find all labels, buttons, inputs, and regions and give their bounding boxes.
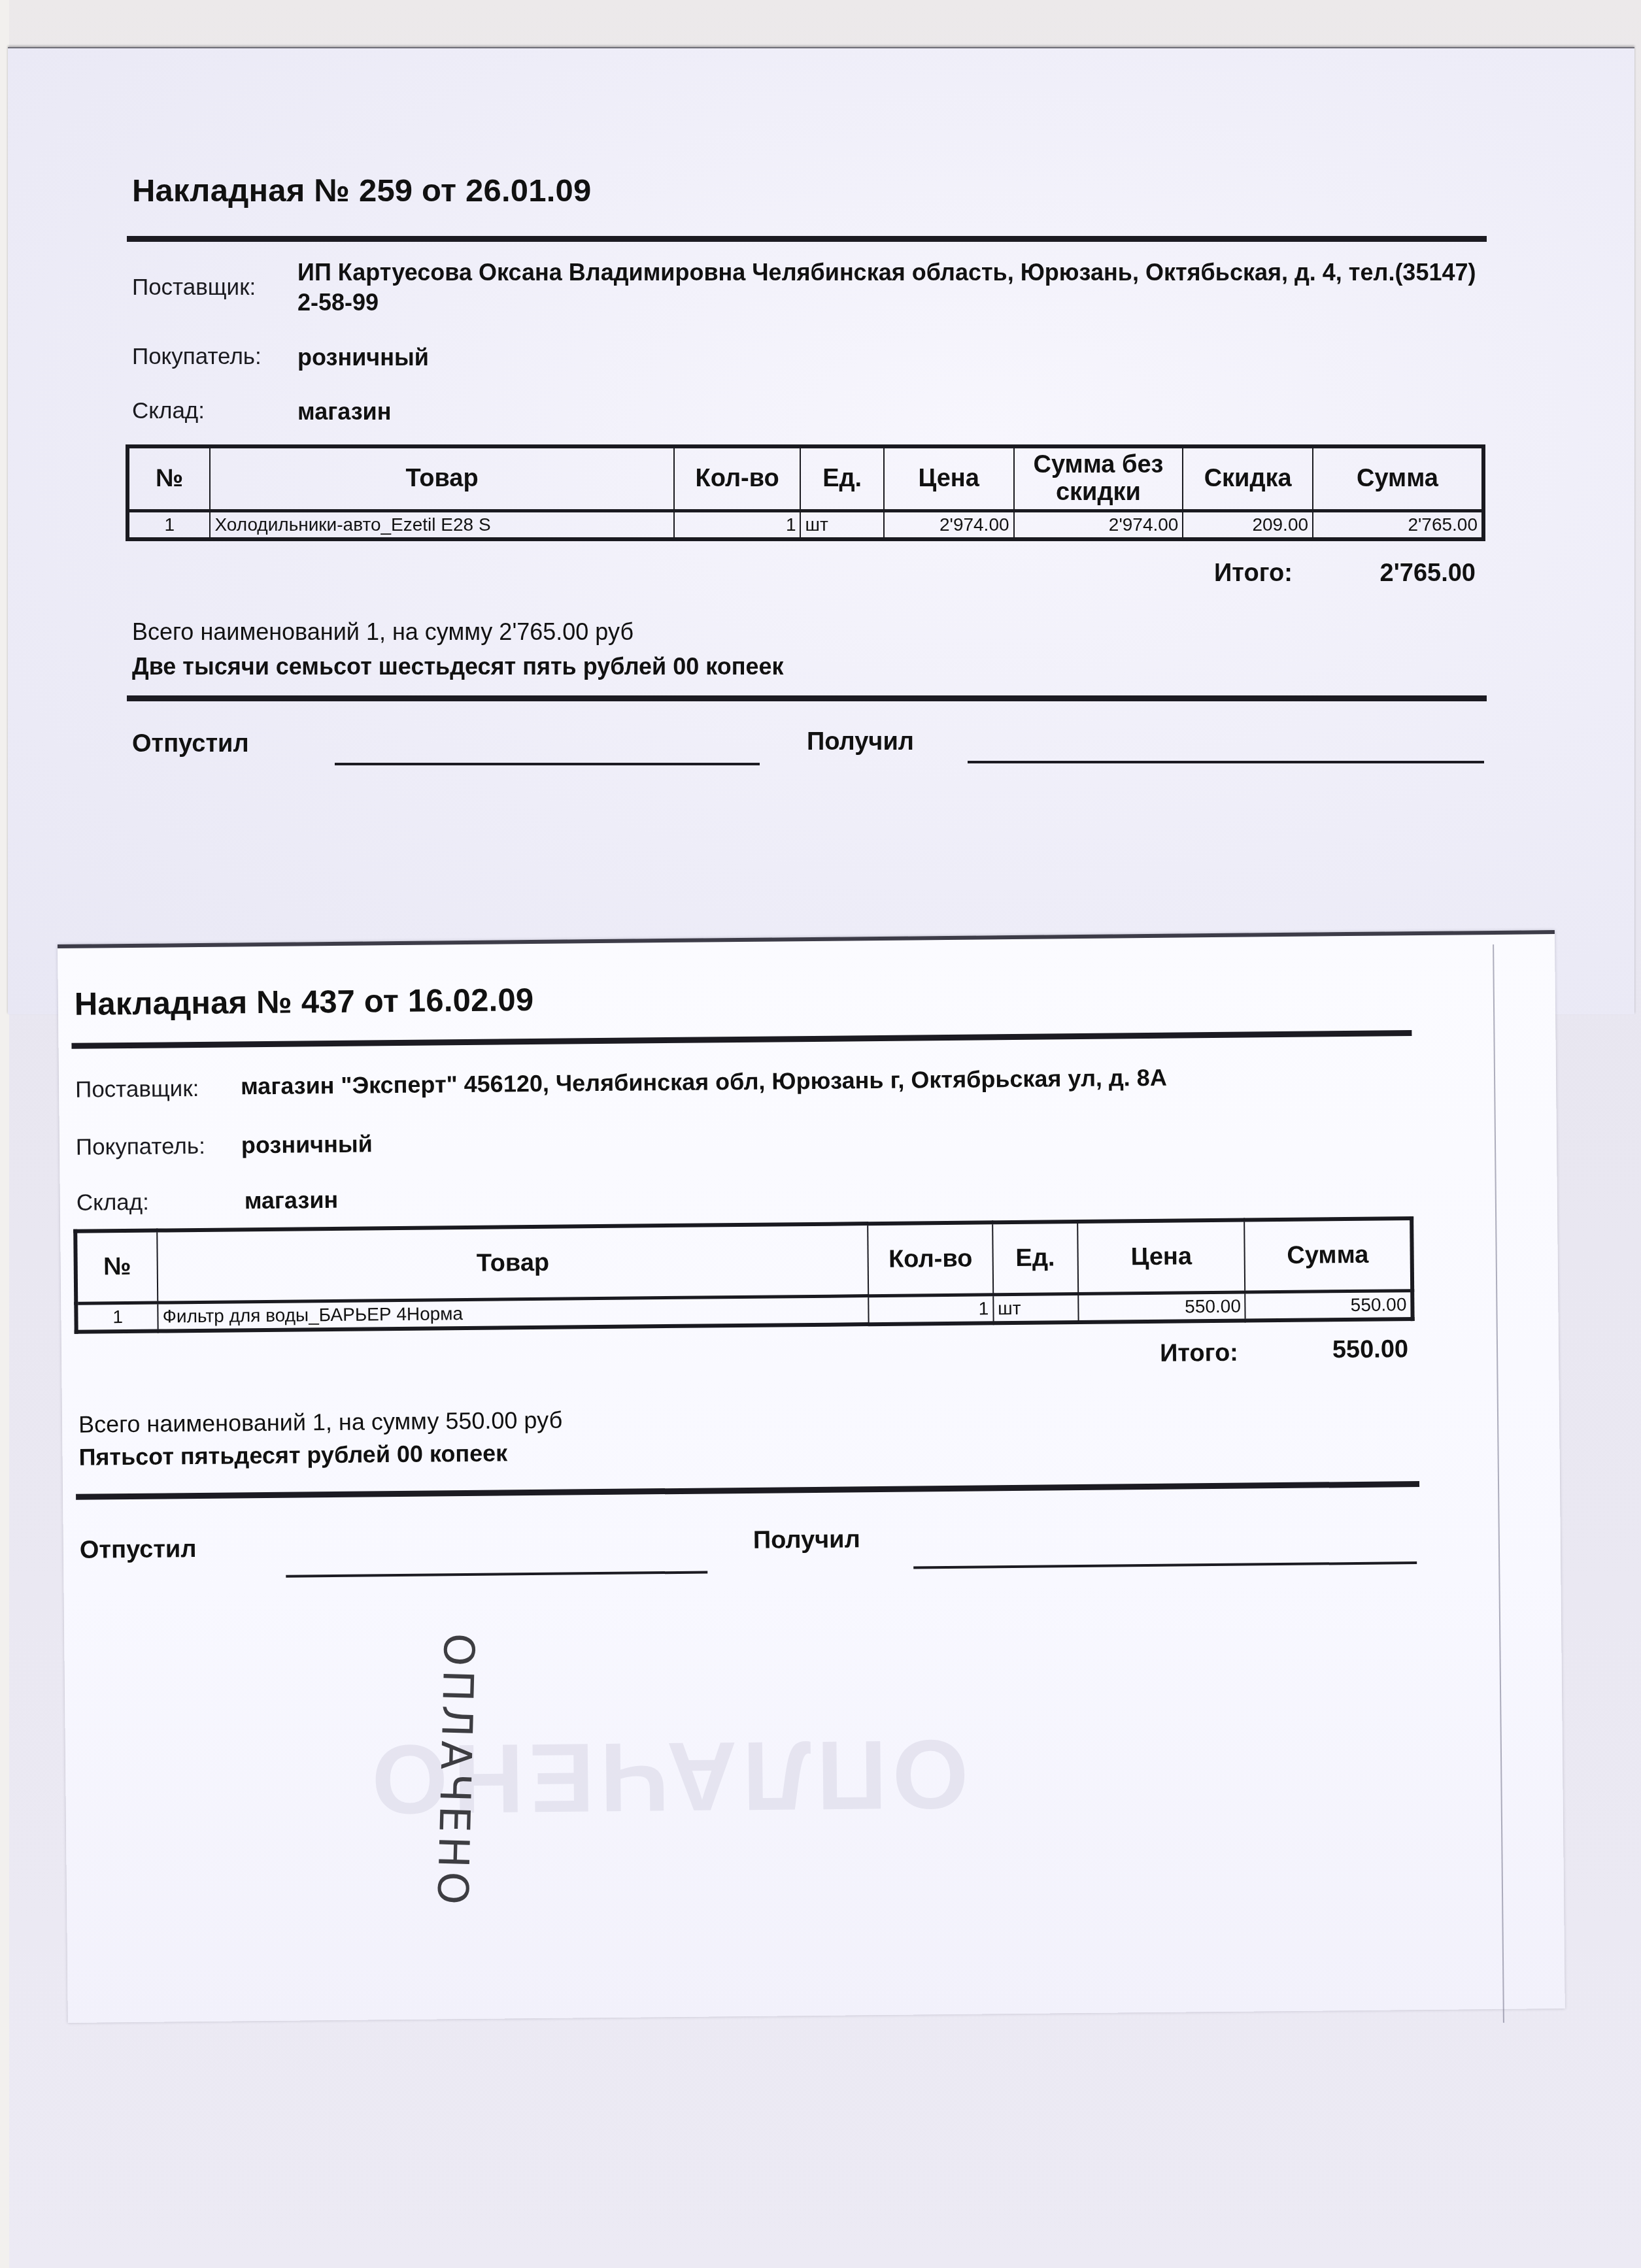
supplier-label: Поставщик:: [132, 275, 256, 301]
col-header-price: Цена: [884, 446, 1014, 510]
warehouse-value: магазин: [245, 1186, 339, 1214]
items-table: № Товар Кол-во Ед. Цена Сумма 1 Фильтр д…: [73, 1216, 1414, 1333]
table-row: 1 Холодильники-авто_Ezetil E28 S 1 шт 2'…: [127, 510, 1483, 539]
invoice-259-sheet: Накладная № 259 от 26.01.09 Поставщик: И…: [8, 47, 1634, 1014]
invoice-437-sheet: Накладная № 437 от 16.02.09 Поставщик: м…: [58, 930, 1565, 2023]
col-header-discount: Скидка: [1183, 446, 1313, 510]
col-header-no: №: [75, 1231, 158, 1303]
col-header-item: Товар: [157, 1224, 868, 1302]
cell-qty: 1: [869, 1294, 994, 1324]
amount-in-words: Пятьсот пятьдесят рублей 00 копеек: [78, 1439, 507, 1471]
cell-unit: шт: [800, 510, 883, 539]
cell-item: Фильтр для воды_БАРЬЕР 4Норма: [158, 1295, 868, 1331]
cell-sum-no-discount: 2'974.00: [1014, 510, 1183, 539]
col-header-price: Цена: [1077, 1220, 1245, 1293]
total-label: Итого:: [1160, 1339, 1238, 1368]
items-table: № Товар Кол-во Ед. Цена Сумма без скидки…: [126, 444, 1485, 541]
cell-price: 550.00: [1078, 1292, 1245, 1322]
fold-crease: [1493, 944, 1504, 2023]
supplier-value: ИП Картуесова Оксана Владимировна Челяби…: [297, 258, 1494, 318]
buyer-label: Покупатель:: [132, 344, 262, 370]
released-label: Отпустил: [132, 730, 249, 758]
col-header-item: Товар: [210, 446, 673, 510]
cell-price: 2'974.00: [884, 510, 1014, 539]
invoice-title: Накладная № 259 от 26.01.09: [132, 173, 591, 209]
footer-rule: [127, 695, 1487, 701]
total-value: 2'765.00: [1348, 559, 1476, 588]
header-rule: [71, 1030, 1412, 1049]
warehouse-label: Склад:: [132, 398, 205, 424]
cell-sum: 2'765.00: [1313, 510, 1483, 539]
total-label: Итого:: [1214, 559, 1293, 588]
buyer-label: Покупатель:: [76, 1133, 205, 1161]
warehouse-value: магазин: [297, 398, 391, 425]
items-summary: Всего наименований 1, на сумму 2'765.00 …: [132, 618, 634, 646]
released-signature-line: [286, 1571, 707, 1578]
cell-qty: 1: [674, 510, 801, 539]
col-header-no: №: [127, 446, 210, 510]
col-header-unit: Ед.: [800, 446, 883, 510]
invoice-title: Накладная № 437 от 16.02.09: [75, 982, 534, 1023]
footer-rule: [76, 1481, 1419, 1500]
total-value: 550.00: [1291, 1335, 1408, 1365]
col-header-sum-no-discount: Сумма без скидки: [1014, 446, 1183, 510]
released-label: Отпустил: [80, 1535, 197, 1565]
cell-no: 1: [76, 1303, 158, 1332]
cell-unit: шт: [993, 1293, 1079, 1323]
cell-sum: 550.00: [1245, 1290, 1413, 1320]
col-header-qty: Кол-во: [868, 1222, 993, 1295]
col-header-unit: Ед.: [992, 1222, 1078, 1294]
buyer-value: розничный: [297, 344, 429, 371]
paid-stamp: ОПЛАЧЕНО: [428, 1633, 483, 1909]
col-header-sum: Сумма: [1245, 1218, 1413, 1292]
col-header-qty: Кол-во: [674, 446, 801, 510]
items-summary: Всего наименований 1, на сумму 550.00 ру…: [78, 1407, 562, 1439]
header-rule: [127, 236, 1487, 242]
received-label: Получил: [807, 728, 914, 756]
amount-in-words: Две тысячи семьсот шестьдесят пять рубле…: [132, 653, 784, 680]
supplier-value: магазин "Эксперт" 456120, Челябинская об…: [241, 1064, 1167, 1101]
table-header-row: № Товар Кол-во Ед. Цена Сумма: [75, 1218, 1412, 1303]
received-signature-line: [968, 761, 1484, 763]
released-signature-line: [335, 763, 760, 765]
col-header-sum: Сумма: [1313, 446, 1483, 510]
received-signature-line: [913, 1561, 1417, 1569]
buyer-value: розничный: [241, 1130, 373, 1159]
cell-item: Холодильники-авто_Ezetil E28 S: [210, 510, 673, 539]
table-header-row: № Товар Кол-во Ед. Цена Сумма без скидки…: [127, 446, 1483, 510]
received-label: Получил: [753, 1526, 860, 1555]
cell-discount: 209.00: [1183, 510, 1313, 539]
cell-no: 1: [127, 510, 210, 539]
warehouse-label: Склад:: [76, 1190, 149, 1216]
supplier-label: Поставщик:: [75, 1076, 199, 1103]
